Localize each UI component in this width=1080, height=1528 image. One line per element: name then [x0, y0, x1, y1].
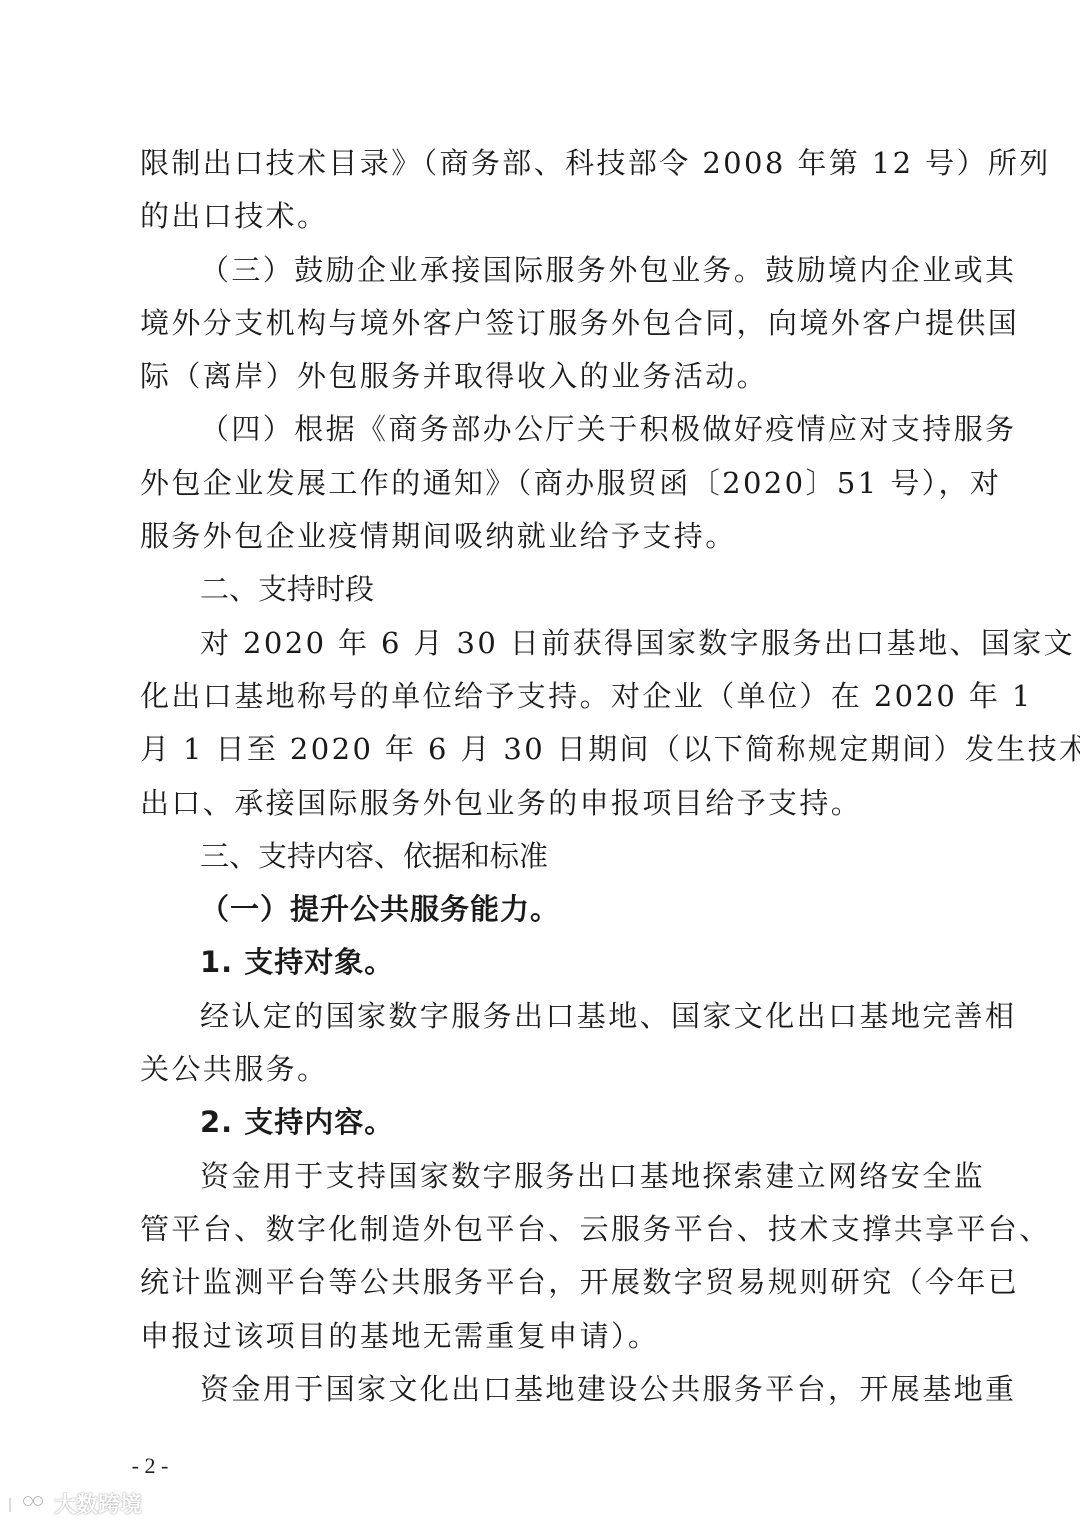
watermark-text: 大数跨境 [54, 1488, 142, 1519]
text-line: 化出口基地称号的单位给予支持。对企业（单位）在 2020 年 1 [140, 670, 942, 723]
subsection-heading: （一）提升公共服务能力。 [140, 883, 942, 936]
text-line: 服务外包企业疫情期间吸纳就业给予支持。 [140, 510, 942, 563]
text-line: 月 1 日至 2020 年 6 月 30 日期间（以下简称规定期间）发生技术 [140, 723, 942, 776]
text-line: 对 2020 年 6 月 30 日前获得国家数字服务出口基地、国家文 [140, 617, 942, 670]
document-page: 限制出口技术目录》（商务部、科技部令 2008 年第 12 号）所列 的出口技术… [140, 137, 942, 1416]
bigdata-logo-icon [6, 1492, 46, 1516]
section-heading: 二、支持时段 [140, 563, 942, 616]
page-number: - 2 - [0, 1453, 300, 1479]
text-line: （三）鼓励企业承接国际服务外包业务。鼓励境内企业或其 [140, 244, 942, 297]
text-line: 申报过该项目的基地无需重复申请）。 [140, 1310, 942, 1363]
text-line: 关公共服务。 [140, 1043, 942, 1096]
text-line: 境外分支机构与境外客户签订服务外包合同，向境外客户提供国 [140, 297, 942, 350]
text-line: 出口、承接国际服务外包业务的申报项目给予支持。 [140, 777, 942, 830]
text-line: 统计监测平台等公共服务平台，开展数字贸易规则研究（今年已 [140, 1256, 942, 1309]
text-line: 管平台、数字化制造外包平台、云服务平台、技术支撑共享平台、 [140, 1203, 942, 1256]
watermark: 大数跨境 [6, 1488, 142, 1519]
text-line: 资金用于支持国家数字服务出口基地探索建立网络安全监 [140, 1150, 942, 1203]
text-line: （四）根据《商务部办公厅关于积极做好疫情应对支持服务 [140, 403, 942, 456]
text-line: 外包企业发展工作的通知》（商办服贸函〔2020〕51 号），对 [140, 457, 942, 510]
text-line: 经认定的国家数字服务出口基地、国家文化出口基地完善相 [140, 990, 942, 1043]
text-line: 际（离岸）外包服务并取得收入的业务活动。 [140, 350, 942, 403]
section-heading: 三、支持内容、依据和标准 [140, 830, 942, 883]
text-line: 限制出口技术目录》（商务部、科技部令 2008 年第 12 号）所列 [140, 137, 942, 190]
item-heading: 1. 支持对象。 [140, 936, 942, 989]
item-heading: 2. 支持内容。 [140, 1096, 942, 1149]
text-line: 的出口技术。 [140, 190, 942, 243]
text-line: 资金用于国家文化出口基地建设公共服务平台，开展基地重 [140, 1363, 942, 1416]
